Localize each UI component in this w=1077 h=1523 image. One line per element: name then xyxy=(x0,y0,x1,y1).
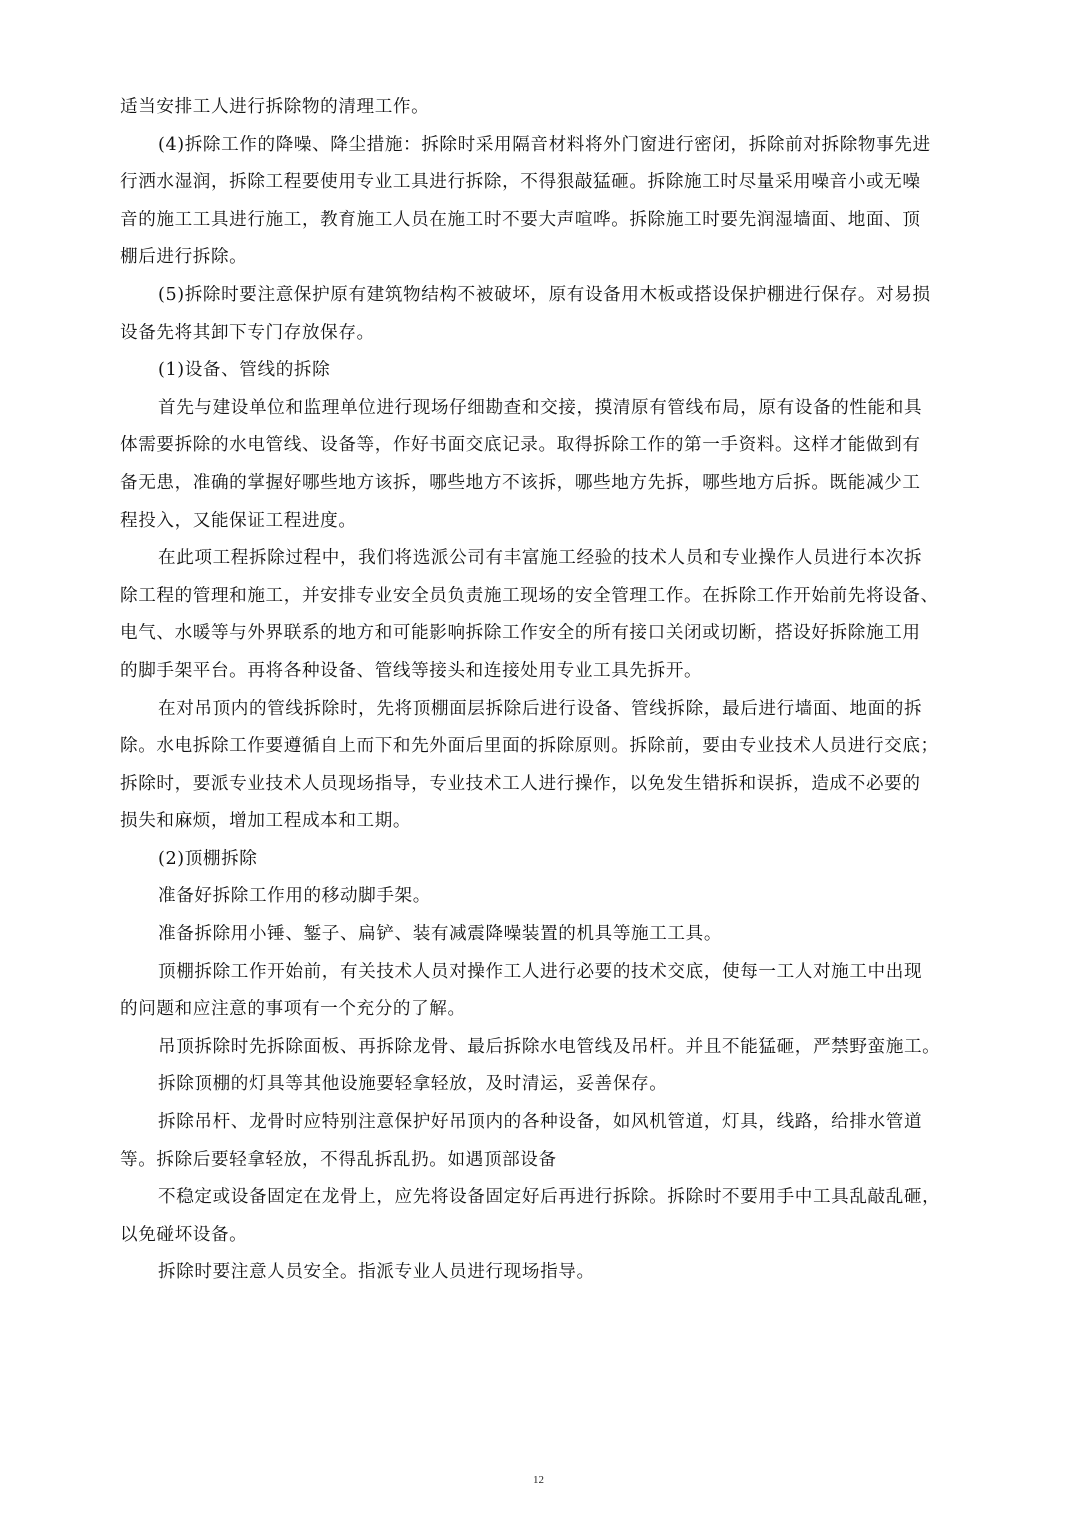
document-body: 适当安排工人进行拆除物的清理工作。 (4)拆除工作的降噪、降尘措施：拆除时采用隔… xyxy=(120,89,970,1292)
text-line: 备无患，准确的掌握好哪些地方该拆，哪些地方不该拆，哪些地方先拆，哪些地方后拆。既… xyxy=(120,465,970,503)
text-line: 损失和麻烦，增加工程成本和工期。 xyxy=(120,803,970,841)
text-line: (5)拆除时要注意保护原有建筑物结构不被破坏，原有设备用木板或搭设保护棚进行保存… xyxy=(120,277,970,315)
text-line: 程投入，又能保证工程进度。 xyxy=(120,503,970,541)
text-line: 拆除顶棚的灯具等其他设施要轻拿轻放，及时清运，妥善保存。 xyxy=(120,1066,970,1104)
text-line: 除工程的管理和施工，并安排专业安全员负责施工现场的安全管理工作。在拆除工作开始前… xyxy=(120,578,970,616)
text-line: 在对吊顶内的管线拆除时，先将顶棚面层拆除后进行设备、管线拆除，最后进行墙面、地面… xyxy=(120,691,970,729)
text-line: 除。水电拆除工作要遵循自上而下和先外面后里面的拆除原则。拆除前，要由专业技术人员… xyxy=(120,728,970,766)
text-line: 体需要拆除的水电管线、设备等，作好书面交底记录。取得拆除工作的第一手资料。这样才… xyxy=(120,427,970,465)
text-line: 电气、水暖等与外界联系的地方和可能影响拆除工作安全的所有接口关闭或切断，搭设好拆… xyxy=(120,615,970,653)
text-line: 吊顶拆除时先拆除面板、再拆除龙骨、最后拆除水电管线及吊杆。并且不能猛砸，严禁野蛮… xyxy=(120,1029,970,1067)
text-line: 拆除时要注意人员安全。指派专业人员进行现场指导。 xyxy=(120,1254,970,1292)
text-line: 拆除吊杆、龙骨时应特别注意保护好吊顶内的各种设备，如风机管道，灯具，线路，给排水… xyxy=(120,1104,970,1142)
page-number: 12 xyxy=(0,1474,1077,1486)
text-line: 准备好拆除工作用的移动脚手架。 xyxy=(120,878,970,916)
text-line: 在此项工程拆除过程中，我们将选派公司有丰富施工经验的技术人员和专业操作人员进行本… xyxy=(120,540,970,578)
section-heading: (2)顶棚拆除 xyxy=(120,841,970,879)
text-line: 等。拆除后要轻拿轻放，不得乱拆乱扔。如遇顶部设备 xyxy=(120,1142,970,1180)
text-line: 拆除时，要派专业技术人员现场指导，专业技术工人进行操作，以免发生错拆和误拆，造成… xyxy=(120,766,970,804)
text-line: 行洒水湿润，拆除工程要使用专业工具进行拆除，不得狠敲猛砸。拆除施工时尽量采用噪音… xyxy=(120,164,970,202)
section-heading: (1)设备、管线的拆除 xyxy=(120,352,970,390)
text-line: 不稳定或设备固定在龙骨上，应先将设备固定好后再进行拆除。拆除时不要用手中工具乱敲… xyxy=(120,1179,970,1217)
document-page: 适当安排工人进行拆除物的清理工作。 (4)拆除工作的降噪、降尘措施：拆除时采用隔… xyxy=(0,0,1077,1523)
text-line: 音的施工工具进行施工，教育施工人员在施工时不要大声喧哗。拆除施工时要先润湿墙面、… xyxy=(120,202,970,240)
text-line: 的脚手架平台。再将各种设备、管线等接头和连接处用专业工具先拆开。 xyxy=(120,653,970,691)
text-line: 顶棚拆除工作开始前，有关技术人员对操作工人进行必要的技术交底，使每一工人对施工中… xyxy=(120,954,970,992)
text-line: 的问题和应注意的事项有一个充分的了解。 xyxy=(120,991,970,1029)
text-line: 以免碰坏设备。 xyxy=(120,1217,970,1255)
text-line: 设备先将其卸下专门存放保存。 xyxy=(120,315,970,353)
text-line: (4)拆除工作的降噪、降尘措施：拆除时采用隔音材料将外门窗进行密闭，拆除前对拆除… xyxy=(120,127,970,165)
text-line: 适当安排工人进行拆除物的清理工作。 xyxy=(120,89,970,127)
text-line: 首先与建设单位和监理单位进行现场仔细勘查和交接，摸清原有管线布局，原有设备的性能… xyxy=(120,390,970,428)
text-line: 棚后进行拆除。 xyxy=(120,239,970,277)
text-line: 准备拆除用小锤、錾子、扁铲、装有减震降噪装置的机具等施工工具。 xyxy=(120,916,970,954)
